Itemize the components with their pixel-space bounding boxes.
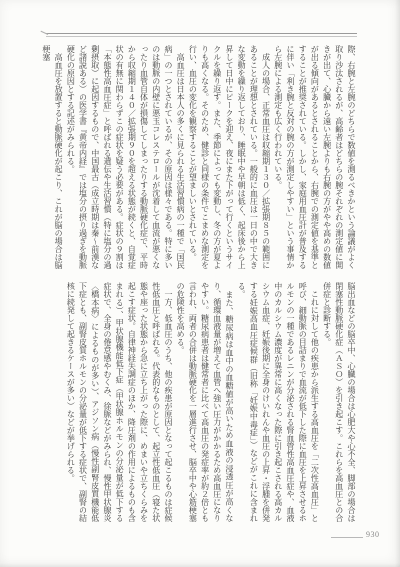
paragraph-upper-3: 高血圧は日本人の多くに見られる生活習慣病の一種で「国民病」の一つとされているが、…	[64, 45, 186, 269]
lower-text-block: 脳出血などの脳卒中、心臓の場合は心肥大や心不全、脚部の場合は閉塞性動脈硬化症（Ａ…	[41, 282, 357, 522]
page-edge-shading-bottom	[0, 563, 400, 567]
paragraph-upper-4: 高血圧を放置すると動脈硬化が起こり、これが脳の場合は脳梗塞	[41, 45, 64, 269]
paragraph-lower-4: 一方、低血圧のうち、他の疾患が原因となって起こるものは症候性低血圧と呼ばれる。代…	[64, 282, 174, 522]
paragraph-upper-2: 成人の場合、正常血圧は収縮期１３０／拡張期８５の範囲にあることが理想とされている…	[186, 45, 271, 269]
paragraph-lower-2: これに対して他の疾患から派生する高血圧を「二次性高血圧」と呼び、細動脈の目詰まり…	[235, 282, 320, 522]
paragraph-upper-1: 際、右腕と左腕のどちらで数値を測るべきかという論議がよく取り沙汰されるが、高齢者…	[272, 45, 357, 269]
footer-rule	[331, 537, 363, 538]
book-page: 際、右腕と左腕のどちらで数値を測るべきかという論議がよく取り沙汰されるが、高齢者…	[0, 0, 400, 567]
upper-text-block: 際、右腕と左腕のどちらで数値を測るべきかという論議がよく取り沙汰されるが、高齢者…	[41, 45, 357, 269]
header-rule	[46, 33, 357, 37]
page-edge-shading-right	[395, 0, 400, 567]
page-number: 930	[366, 530, 380, 539]
paragraph-lower-1: 脳出血などの脳卒中、心臓の場合は心肥大や心不全、脚部の場合は閉塞性動脈硬化症（Ａ…	[320, 282, 357, 522]
paragraph-lower-3: また、糖尿病は血中の血糖値が高いため血液の浸透圧が高くなり、循環血液量が増えて血…	[174, 282, 235, 522]
header-rule-tick	[41, 31, 49, 35]
